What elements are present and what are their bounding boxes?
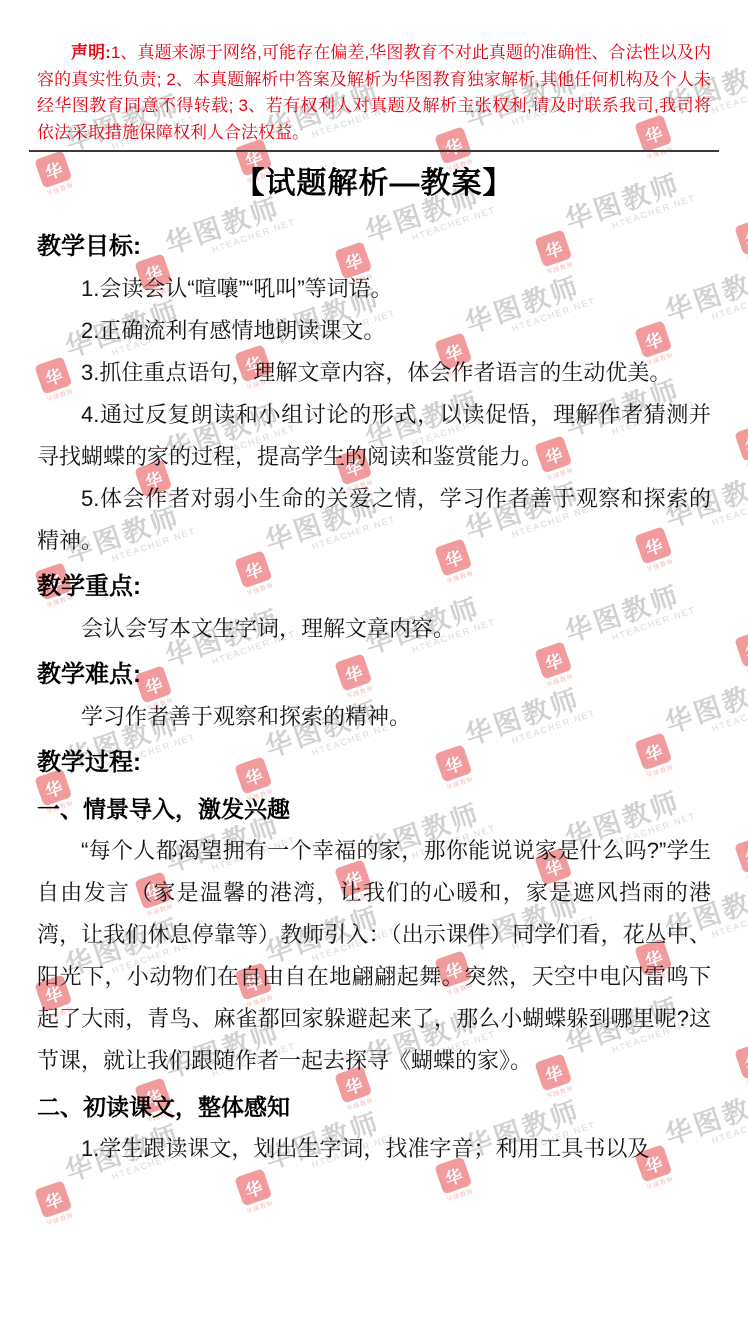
huatu-logo-icon: 华华图教师 (34, 1180, 72, 1218)
document-body: 教学目标:1.会读会认“喧嚷”“吼叫”等词语。2.正确流利有感情地朗读课文。3.… (37, 226, 711, 1170)
paragraph: 1.会读会认“喧嚷”“吼叫”等词语。 (37, 268, 711, 310)
paragraph: 1.学生跟读课文，划出生字词，找准字音；利用工具书以及 (37, 1128, 711, 1170)
section-heading: 教学难点: (37, 654, 711, 696)
section-heading: 教学过程: (37, 742, 711, 784)
watermark-logo-caption: 华图教师 (445, 1186, 474, 1204)
watermark-logo-caption: 华图教师 (45, 1210, 74, 1228)
paragraph: “每个人都渴望拥有一个幸福的家，那你能说说家是什么吗?”学生自由发言（家是温馨的… (37, 830, 711, 1082)
paragraph: 4.通过反复朗读和小组讨论的形式，以读促悟，理解作者猜测并寻找蝴蝶的家的过程，提… (37, 394, 711, 478)
disclaimer-text: 1、真题来源于网络,可能存在偏差,华图教育不对此真题的准确性、合法性以及内容的真… (37, 43, 711, 142)
paragraph: 2.正确流利有感情地朗读课文。 (37, 310, 711, 352)
watermark-logo-caption: 华图教师 (645, 1174, 674, 1192)
page-title: 【试题解析—教案】 (37, 166, 711, 202)
watermark-logo-caption: 华图教师 (245, 1198, 274, 1216)
subsection-heading: 一、情景导入，激发兴趣 (37, 788, 711, 830)
paragraph: 会认会写本文生字词，理解文章内容。 (37, 608, 711, 650)
paragraph: 学习作者善于观察和探索的精神。 (37, 696, 711, 738)
huatu-logo-glyph: 华 (41, 1185, 65, 1214)
disclaimer: 声明:1、真题来源于网络,可能存在偏差,华图教育不对此真题的准确性、合法性以及内… (37, 40, 711, 146)
paragraph: 5.体会作者对弱小生命的关爱之情，学习作者善于观察和探索的精神。 (37, 478, 711, 562)
disclaimer-label: 声明: (71, 43, 111, 62)
section-heading: 教学重点: (37, 566, 711, 608)
subsection-heading: 二、初读课文，整体感知 (37, 1086, 711, 1128)
huatu-logo-glyph: 华 (241, 1173, 265, 1202)
page: 华华图教师华图教师HTEACHER.NET华华图教师华图教师HTEACHER.N… (0, 0, 748, 1334)
divider (29, 150, 719, 152)
document-content: 声明:1、真题来源于网络,可能存在偏差,华图教育不对此真题的准确性、合法性以及内… (0, 0, 748, 1170)
section-heading: 教学目标: (37, 226, 711, 268)
huatu-logo-icon: 华华图教师 (234, 1168, 272, 1206)
paragraph: 3.抓住重点语句，理解文章内容，体会作者语言的生动优美。 (37, 352, 711, 394)
